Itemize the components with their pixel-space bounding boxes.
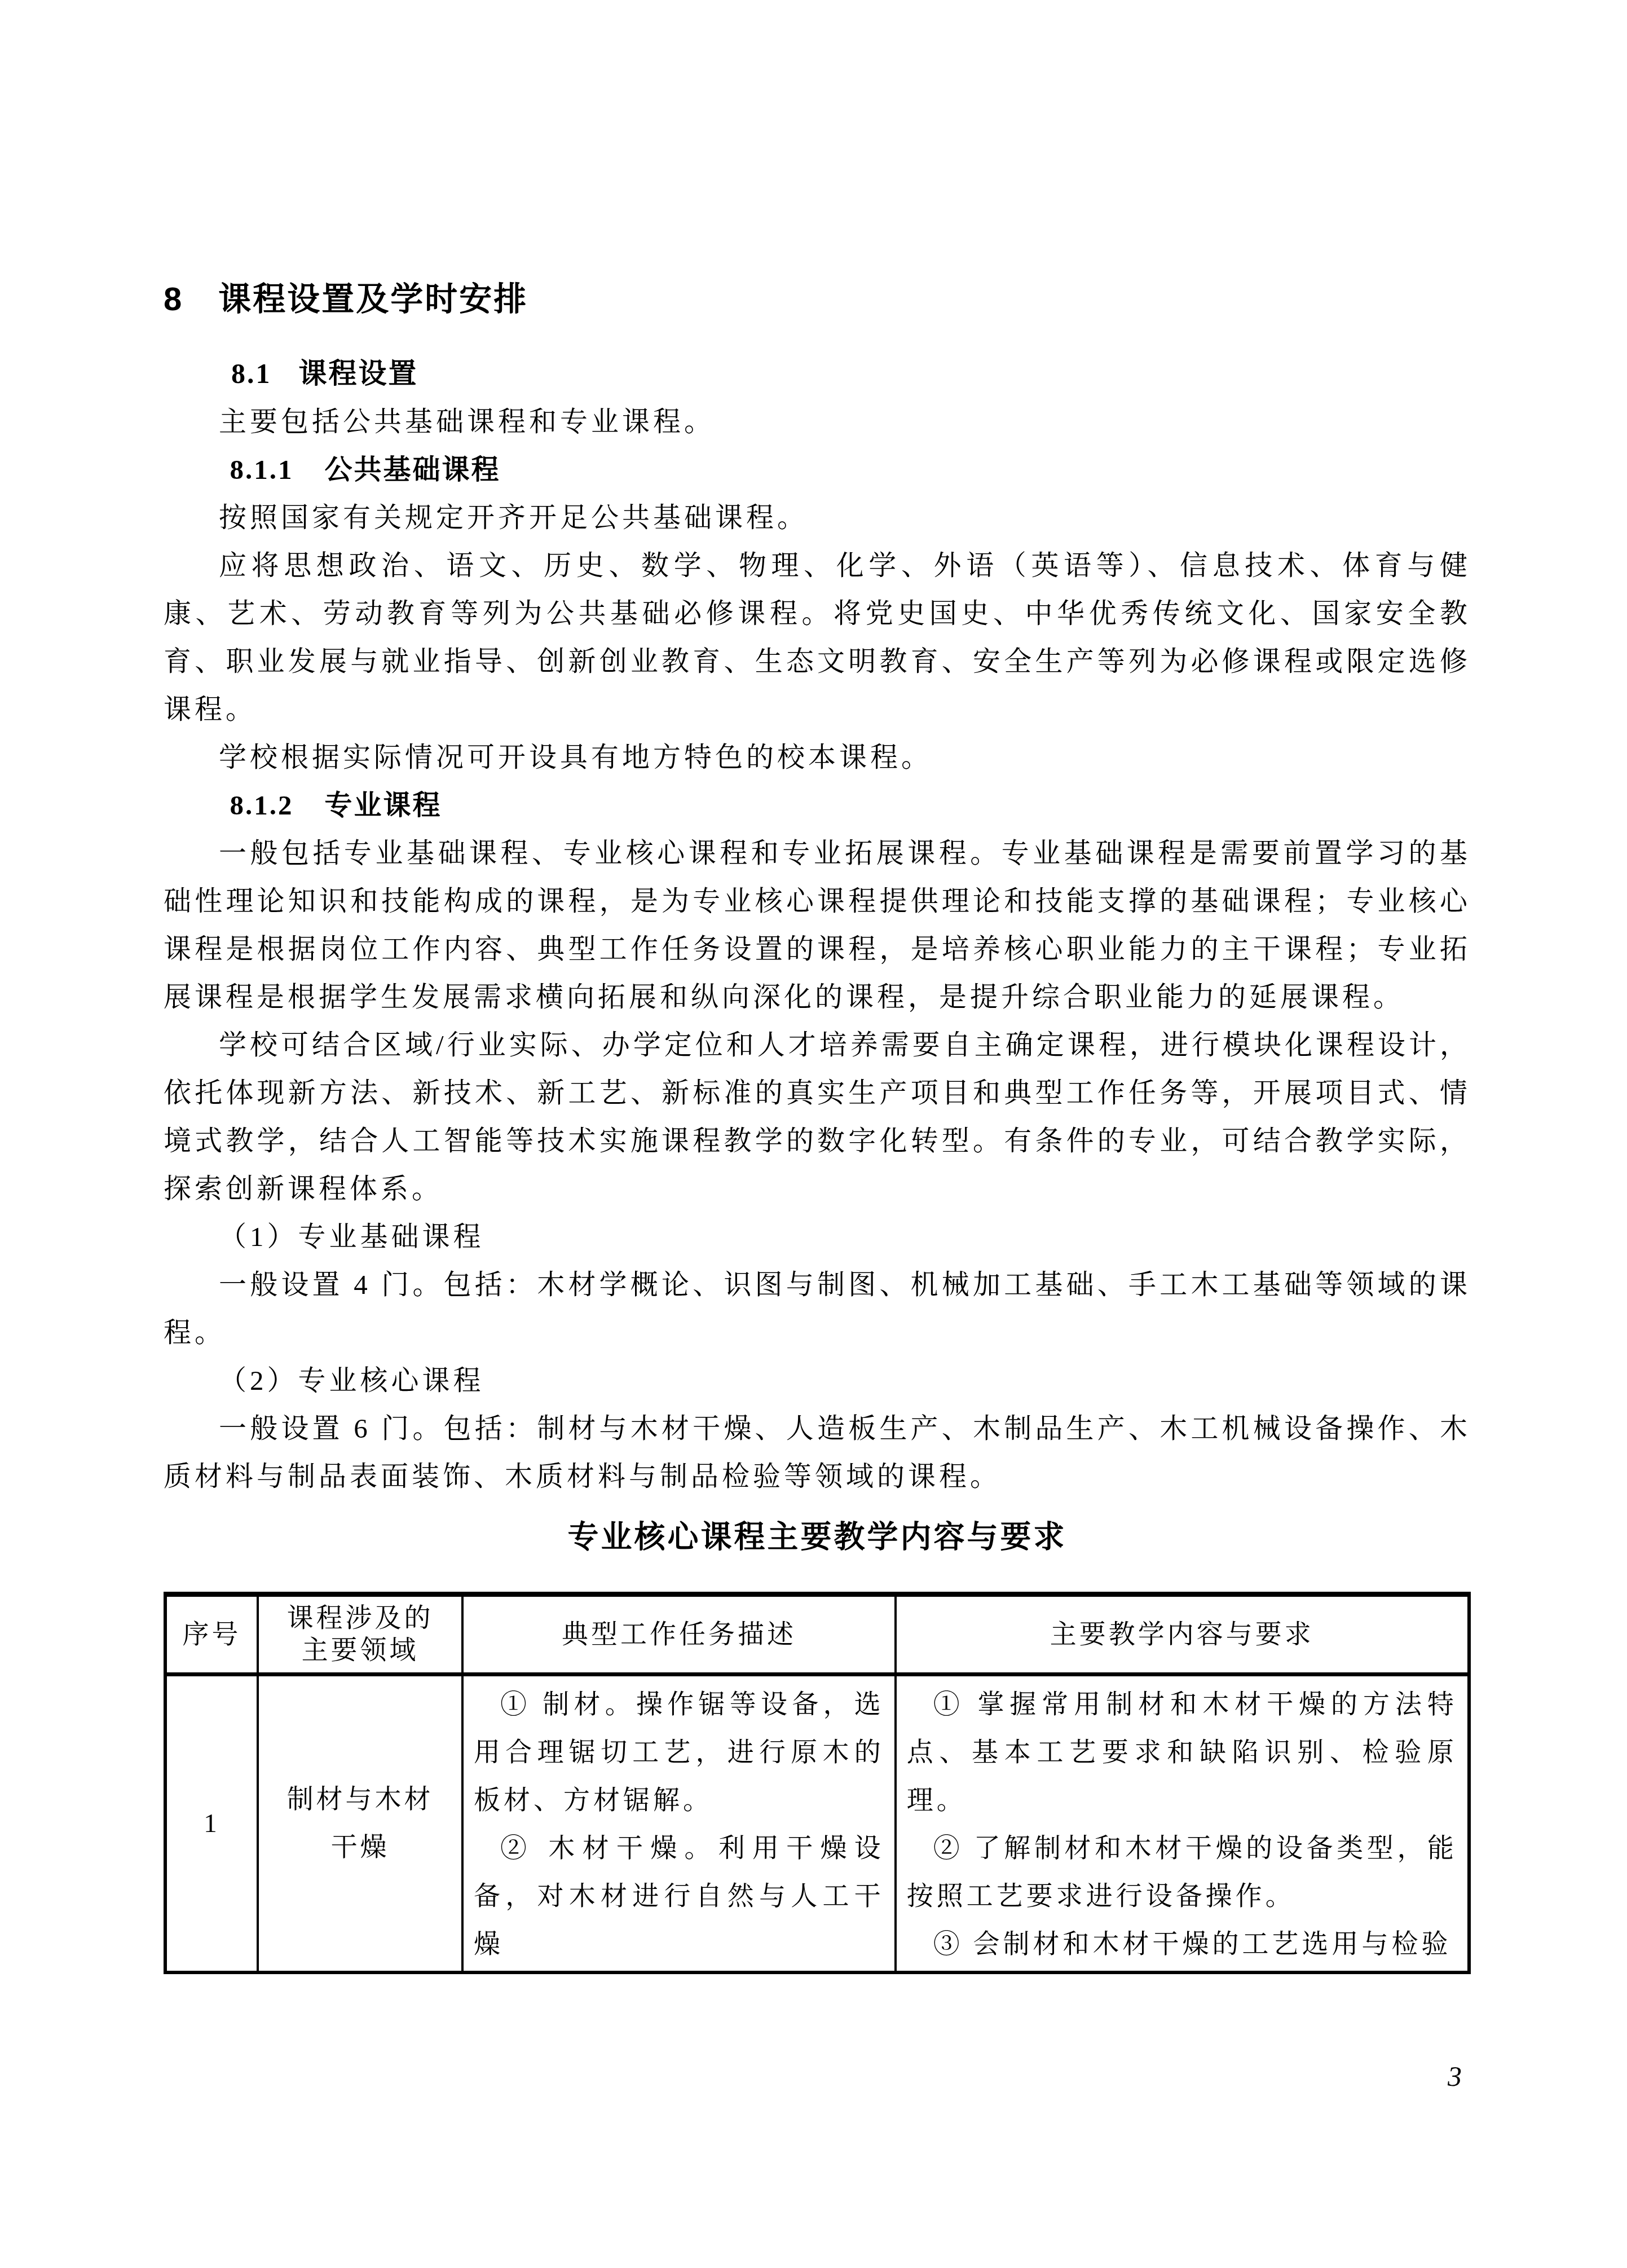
section-title: 课程设置 [299,358,418,389]
page-content: 8课程设置及学时安排 8.1课程设置 主要包括公共基础课程和专业课程。 8.1.… [164,0,1471,1974]
paragraph-item1-heading: （1）专业基础课程 [164,1213,1471,1261]
table-title: 专业核心课程主要教学内容与要求 [164,1513,1471,1561]
page-number: 3 [1448,2060,1462,2093]
paragraph-school-local: 学校根据实际情况可开设具有地方特色的校本课程。 [164,733,1471,781]
column-header-requirements: 主要教学内容与要求 [896,1595,1469,1675]
subsection-heading-8-1-1: 8.1.1公共基础课程 [164,446,1471,494]
paragraph-item2-heading: （2）专业核心课程 [164,1357,1471,1404]
paragraph-intro: 主要包括公共基础课程和专业课程。 [164,398,1471,446]
row-requirements-cell: ① 掌握常用制材和木材干燥的方法特点、基本工艺要求和缺陷识别、检验原理。② 了解… [896,1675,1469,1973]
row-number-cell: 1 [165,1675,258,1973]
paragraph-item1-detail: 一般设置 4 门。包括：木材学概论、识图与制图、机械加工基础、手工木工基础等领域… [164,1261,1471,1357]
paragraph-major-overview: 一般包括专业基础课程、专业核心课程和专业拓展课程。专业基础课程是需要前置学习的基… [164,829,1471,1021]
subsection-title: 公共基础课程 [325,454,501,485]
paragraph-public-courses: 应将思想政治、语文、历史、数学、物理、化学、外语（英语等）、信息技术、体育与健康… [164,541,1471,733]
chapter-heading: 8课程设置及学时安排 [164,275,1471,324]
subsection-number: 8.1.2 [230,790,294,821]
column-header-field: 课程涉及的主要领域 [258,1595,462,1675]
paragraph-basic-rule: 按照国家有关规定开齐开足公共基础课程。 [164,494,1471,541]
column-header-no: 序号 [165,1595,258,1675]
table-header-row: 序号 课程涉及的主要领域 典型工作任务描述 主要教学内容与要求 [165,1595,1469,1675]
chapter-number: 8 [164,281,183,318]
paragraph-item2-detail: 一般设置 6 门。包括：制材与木材干燥、人造板生产、木制品生产、木工机械设备操作… [164,1404,1471,1500]
section-heading-8-1: 8.1课程设置 [164,350,1471,398]
paragraph-school-design: 学校可结合区域/行业实际、办学定位和人才培养需要自主确定课程，进行模块化课程设计… [164,1021,1471,1213]
document-page: 8课程设置及学时安排 8.1课程设置 主要包括公共基础课程和专业课程。 8.1.… [0,0,1627,2268]
column-header-tasks: 典型工作任务描述 [462,1595,896,1675]
core-courses-table: 序号 课程涉及的主要领域 典型工作任务描述 主要教学内容与要求 1 制材与木材干… [164,1592,1471,1974]
subsection-heading-8-1-2: 8.1.2专业课程 [164,781,1471,829]
row-field-cell: 制材与木材干燥 [258,1675,462,1973]
subsection-number: 8.1.1 [230,454,294,485]
chapter-title: 课程设置及学时安排 [218,281,528,318]
section-number: 8.1 [231,358,272,389]
subsection-title: 专业课程 [325,790,442,821]
row-tasks-cell: ① 制材。操作锯等设备，选用合理锯切工艺，进行原木的板材、方材锯解。② 木材干燥… [462,1675,896,1973]
table-row: 1 制材与木材干燥 ① 制材。操作锯等设备，选用合理锯切工艺，进行原木的板材、方… [165,1675,1469,1973]
